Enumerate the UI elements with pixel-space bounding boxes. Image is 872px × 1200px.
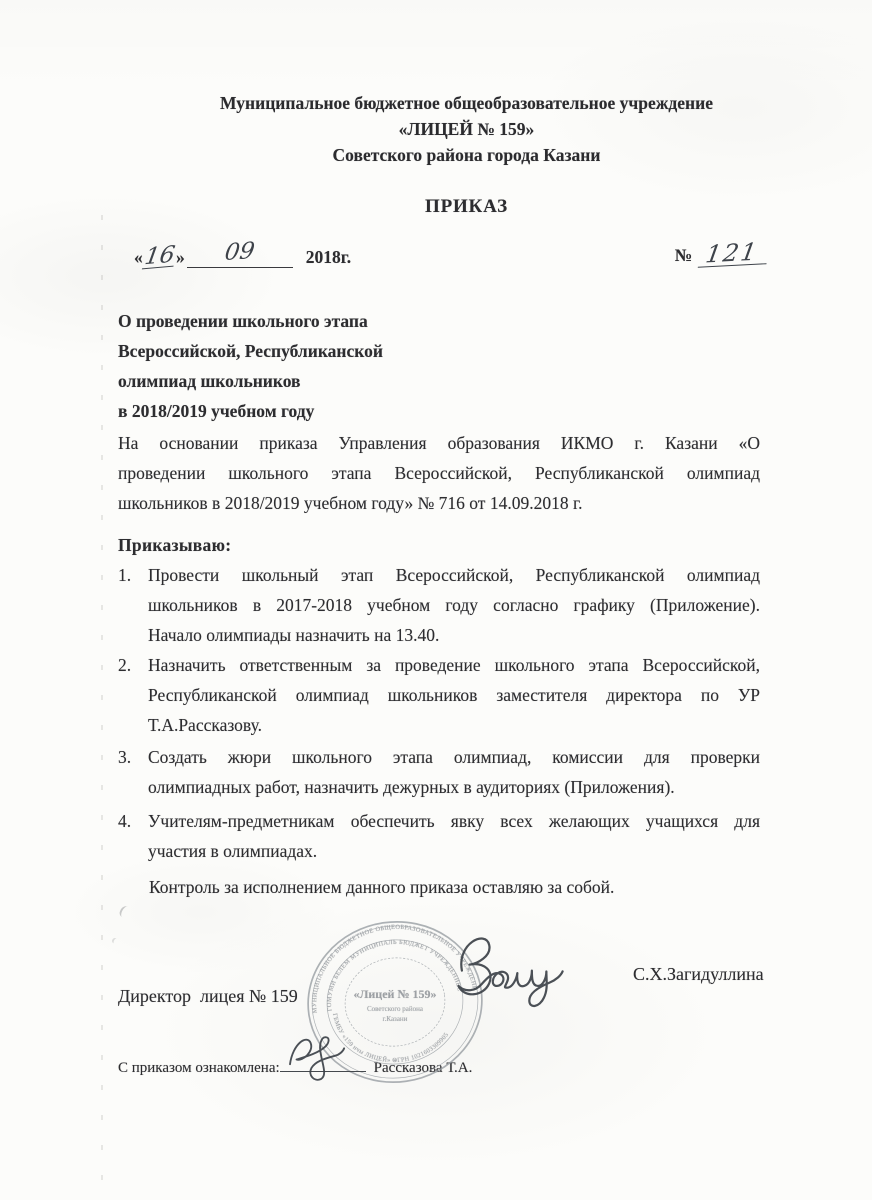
handwritten-month: 09 (224, 241, 256, 263)
letterhead: Муниципальное бюджетное общеобразователь… (118, 90, 760, 168)
subject-line: в 2018/2019 учебном году (118, 396, 760, 426)
text-line: На основании приказа Управления образова… (118, 428, 760, 458)
scan-edge-artifact (101, 215, 103, 1190)
text-line: Начало олимпиады назначить на 13.40. (148, 620, 760, 650)
item-text: Создать жюри школьного этапа олимпиад, к… (148, 742, 760, 802)
text-line: проведении школьного этапа Всероссийской… (118, 458, 760, 488)
acknowledgement-label: С приказом ознакомлена: (118, 1060, 280, 1076)
director-name: С.Х.Загидуллина (633, 964, 764, 985)
order-item-3: 3. Создать жюри школьного этапа олимпиад… (118, 742, 760, 802)
close-quote: » (176, 247, 185, 267)
order-subject: О проведении школьного этапа Всероссийск… (118, 306, 760, 426)
text-line: Назначить ответственным за проведение шк… (148, 650, 760, 680)
subject-line: олимпиад школьников (118, 366, 760, 396)
text-line: Т.А.Рассказову. (148, 710, 760, 740)
text-line: Провести школьный этап Всероссийской, Ре… (148, 560, 760, 590)
text-line: школьников в 2018/2019 учебном году» № 7… (118, 488, 760, 518)
text-line: школьников в 2017-2018 учебном году согл… (148, 590, 760, 620)
item-number: 1. (118, 560, 148, 650)
subject-line: Всероссийской, Республиканской (118, 336, 760, 366)
text-line: олимпиадных работ, назначить дежурных в … (148, 772, 760, 802)
order-item-1: 1. Провести школьный этап Всероссийской,… (118, 560, 760, 650)
text-line: Республиканской олимпиад школьников заме… (148, 680, 760, 710)
control-line: Контроль за исполнением данного приказа … (118, 872, 760, 902)
month-blank-line: 09 (187, 242, 293, 268)
text-line: Создать жюри школьного этапа олимпиад, к… (148, 742, 760, 772)
date-number-row: «16»092018г. №121 (118, 242, 760, 276)
preamble-paragraph: На основании приказа Управления образова… (118, 428, 760, 518)
subject-line: О проведении школьного этапа (118, 306, 760, 336)
stamp-center-district: Советского района (367, 1005, 424, 1013)
item-text: Назначить ответственным за проведение шк… (148, 650, 760, 740)
director-label: Директор лицея № 159 (118, 986, 298, 1007)
date-field: «16»092018г. (134, 242, 351, 268)
open-quote: « (134, 247, 143, 267)
org-district-line: Советского района города Казани (173, 142, 760, 168)
handwritten-day: 16 (142, 244, 178, 270)
text-line: Учителям-предметникам обеспечить явку вс… (148, 806, 760, 836)
year-label: 2018г. (306, 247, 351, 267)
acknowledgement-signature-line (280, 1056, 366, 1072)
handwritten-order-number: 121 (698, 240, 770, 268)
item-number: 4. (118, 806, 148, 866)
order-item-4: 4. Учителям-предметникам обеспечить явку… (118, 806, 760, 866)
org-type-line: Муниципальное бюджетное общеобразователь… (173, 90, 760, 116)
director-signature (438, 926, 566, 1016)
order-items: 1. Провести школьный этап Всероссийской,… (118, 560, 760, 866)
text-line: участия в олимпиадах. (148, 836, 760, 866)
order-item-2: 2. Назначить ответственным за проведение… (118, 650, 760, 740)
acknowledgement-signature (280, 1025, 356, 1081)
stamp-center-city: г.Казани (383, 1015, 408, 1023)
stamp-center-name: «Лицей № 159» (353, 987, 436, 1001)
order-heading: Приказываю: (118, 530, 760, 560)
org-name-line: «ЛИЦЕЙ № 159» (173, 116, 760, 142)
scanned-order-document: Муниципальное бюджетное общеобразователь… (0, 0, 872, 1200)
item-text: Провести школьный этап Всероссийской, Ре… (148, 560, 760, 650)
stamp-star-mark: * (393, 1058, 397, 1066)
item-number: 3. (118, 742, 148, 802)
order-number-field: №121 (675, 242, 768, 266)
document-title: ПРИКАЗ (118, 194, 760, 220)
item-text: Учителям-предметникам обеспечить явку вс… (148, 806, 760, 866)
number-sign: № (675, 245, 693, 265)
item-number: 2. (118, 650, 148, 740)
signature-block: МУНИЦИПАЛЬНОЕ БЮДЖЕТНОЕ ОБЩЕОБРАЗОВАТЕЛЬ… (118, 918, 760, 1054)
